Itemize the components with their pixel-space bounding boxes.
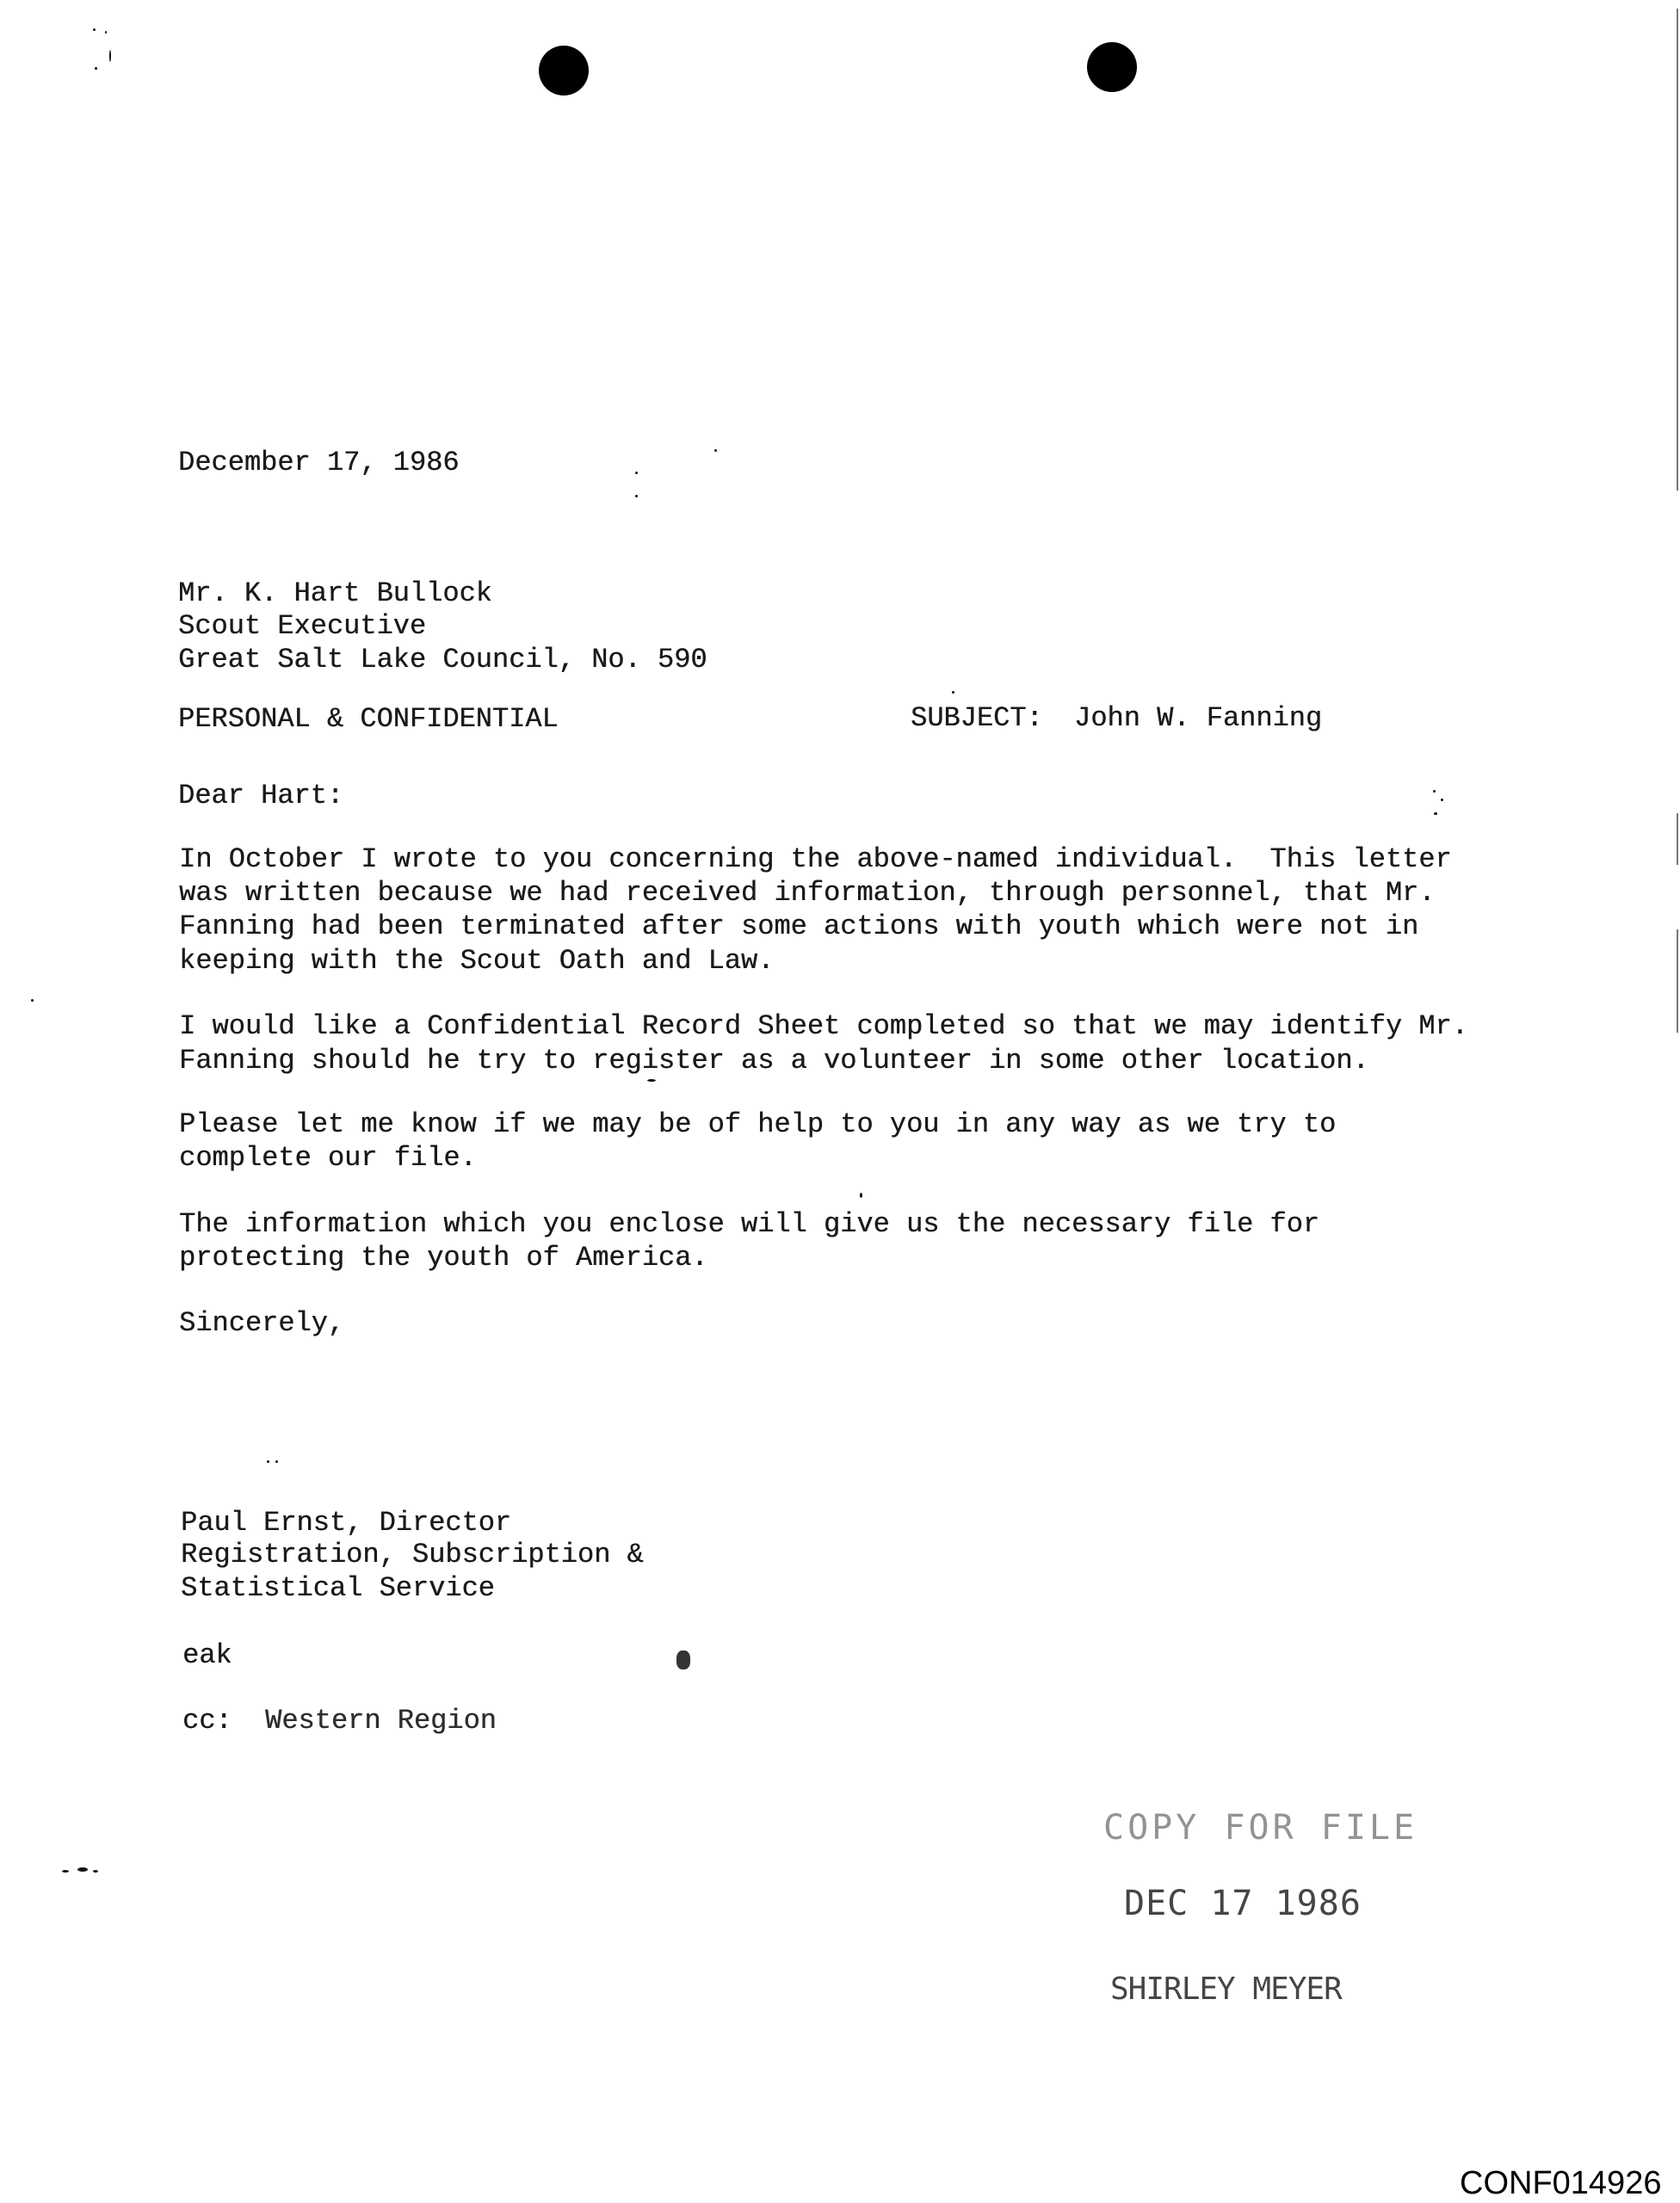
recipient-name: Mr. K. Hart Bullock — [178, 580, 492, 608]
scan-edge-line — [1677, 929, 1678, 1033]
recipient-title: Scout Executive — [178, 613, 426, 640]
body-line: Please let me know if we may be of help … — [179, 1111, 1336, 1139]
scan-speck — [105, 31, 107, 34]
salutation: Dear Hart: — [178, 782, 343, 810]
scan-speck — [93, 1870, 98, 1873]
body-line: Fanning had been terminated after some a… — [179, 913, 1418, 941]
classification-label: PERSONAL & CONFIDENTIAL — [178, 706, 559, 733]
scan-speck — [267, 1460, 269, 1463]
body-line: The information which you enclose will g… — [179, 1211, 1319, 1238]
subject-label: SUBJECT: — [911, 705, 1043, 732]
punch-hole-right — [1087, 42, 1137, 92]
body-line: protecting the youth of America. — [179, 1244, 708, 1272]
stamp-date: DEC 17 1986 — [1124, 1886, 1362, 1921]
subject-value: John W. Fanning — [1074, 705, 1322, 732]
scan-speck — [647, 1079, 656, 1082]
scan-speck — [1441, 799, 1443, 801]
stamp-copy-for-file: COPY FOR FILE — [1103, 1811, 1417, 1845]
scan-speck — [31, 999, 34, 1002]
scan-speck — [676, 1651, 690, 1669]
body-line: In October I wrote to you concerning the… — [179, 846, 1452, 873]
scan-speck — [275, 1460, 278, 1463]
body-line: complete our file. — [179, 1145, 477, 1172]
typist-initials: eak — [182, 1642, 232, 1669]
scan-edge-line — [1677, 9, 1678, 491]
scan-speck — [62, 1870, 69, 1873]
scan-speck — [635, 472, 638, 474]
scan-speck — [1433, 790, 1436, 793]
scan-speck — [635, 495, 638, 497]
cc-value: Western Region — [265, 1707, 497, 1735]
bates-number: CONF014926 — [1460, 2167, 1661, 2200]
stamp-name: SHIRLEY MEYER — [1110, 1972, 1342, 2007]
scan-speck — [95, 67, 97, 70]
scan-speck — [952, 691, 954, 694]
signer-department-line2: Statistical Service — [181, 1575, 495, 1602]
letter-date: December 17, 1986 — [178, 449, 459, 477]
body-line: Fanning should he try to register as a v… — [179, 1047, 1369, 1075]
body-line: was written because we had received info… — [179, 879, 1435, 907]
scan-speck — [93, 28, 96, 31]
body-line: I would like a Confidential Record Sheet… — [179, 1013, 1468, 1040]
cc-label: cc: — [182, 1707, 232, 1735]
scan-speck — [109, 50, 111, 62]
scan-speck — [714, 449, 717, 452]
scan-speck — [860, 1193, 862, 1198]
scan-edge-line — [1677, 813, 1678, 865]
body-line: keeping with the Scout Oath and Law. — [179, 947, 774, 975]
scan-speck — [77, 1867, 88, 1872]
punch-hole-left — [539, 46, 589, 96]
closing: Sincerely, — [179, 1310, 344, 1337]
scanned-letter-page: December 17, 1986 Mr. K. Hart Bullock Sc… — [0, 0, 1680, 2203]
signer-department-line1: Registration, Subscription & — [181, 1541, 644, 1569]
scan-speck — [1434, 812, 1437, 815]
recipient-organization: Great Salt Lake Council, No. 590 — [178, 646, 707, 674]
signer-name-title: Paul Ernst, Director — [181, 1509, 511, 1537]
